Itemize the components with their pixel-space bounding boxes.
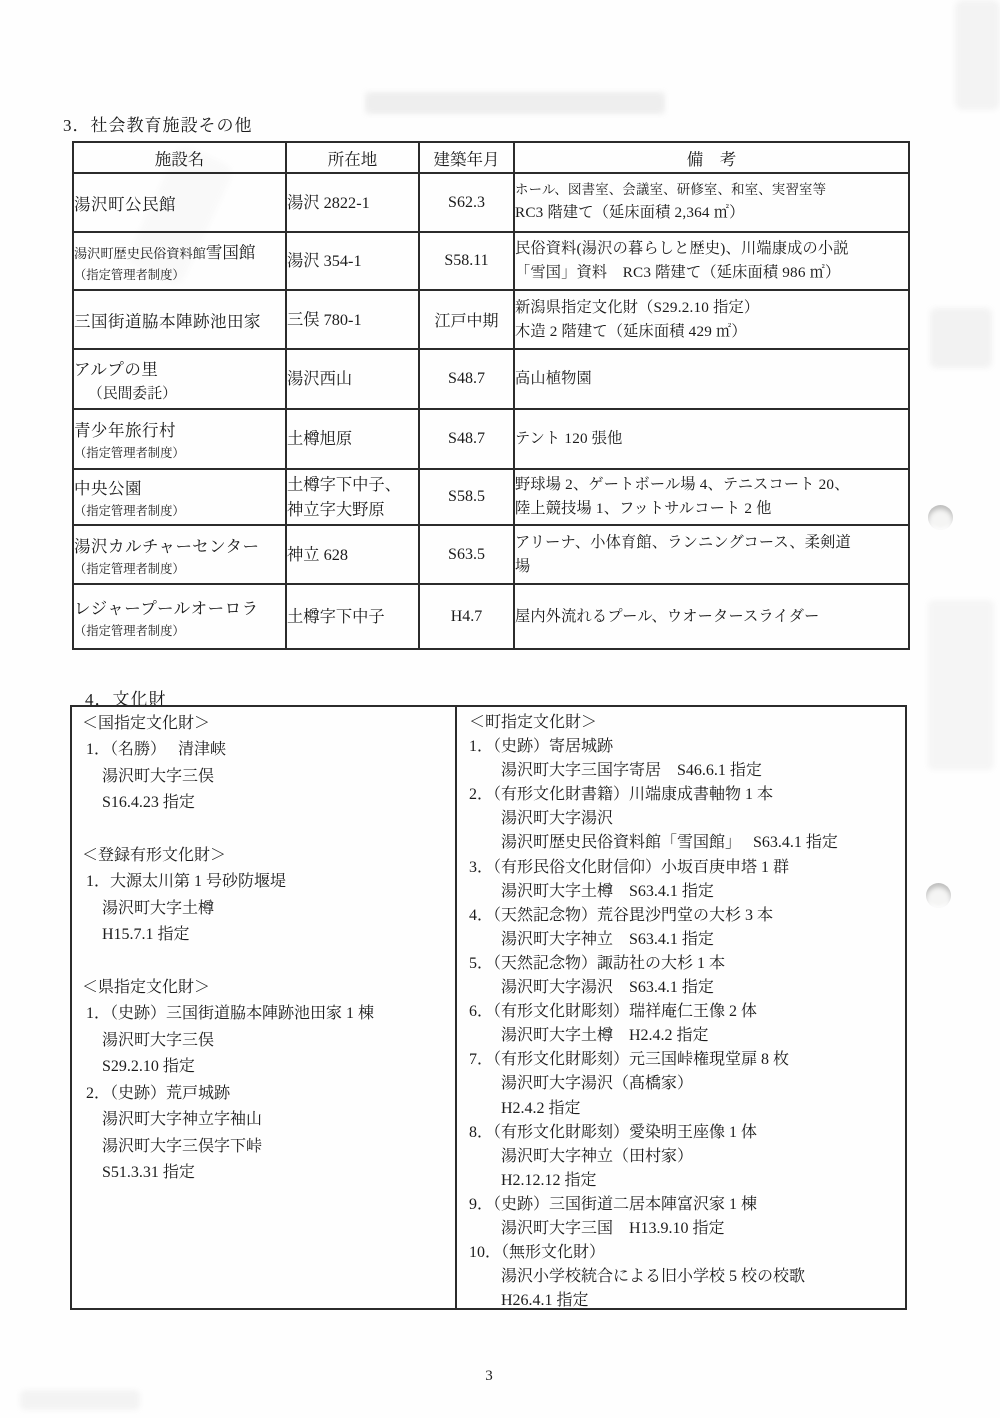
remark-line: 野球場 2、ゲートボール場 4、テニスコート 20、: [515, 473, 908, 497]
remark-line: RC3 階建て（延床面積 2,364 ㎡）: [515, 201, 908, 225]
remarks-cell: 屋内外流れるプール、ウオータースライダー: [514, 584, 909, 649]
location-cell: 三俣 780-1: [286, 290, 419, 349]
scan-smudge: [365, 92, 665, 114]
remark-line: テント 120 張他: [515, 427, 908, 451]
scan-smudge: [928, 600, 994, 770]
facility-name-cell: 湯沢町公民館: [73, 173, 286, 232]
remarks-cell: アリーナ、小体育館、ランニングコース、柔剣道 場: [514, 525, 909, 584]
table-row: 湯沢町公民館 湯沢 2822-1 S62.3 ホール、図書室、会議室、研修室、和…: [73, 173, 909, 232]
hole-punch-mark: [928, 505, 953, 530]
facilities-table: 施設名 所在地 建築年月 備 考 湯沢町公民館 湯沢 2822-1 S62.3 …: [72, 141, 910, 650]
table-row: 三国街道脇本陣跡池田家 三俣 780-1 江戸中期 新潟県指定文化財（S29.2…: [73, 290, 909, 349]
built-date-cell: S62.3: [419, 173, 514, 232]
table-row: 湯沢町歴史民俗資料館雪国館 （指定管理者制度） 湯沢 354-1 S58.11 …: [73, 232, 909, 290]
header-location: 所在地: [286, 142, 419, 173]
built-date-cell: 江戸中期: [419, 290, 514, 349]
facility-name: 青少年旅行村: [74, 421, 176, 440]
cultural-properties-national-column: ＜国指定文化財＞ 1．（名勝） 清津峡 湯沢町大字三俣 S16.4.23 指定 …: [72, 707, 457, 1308]
built-date-cell: S48.7: [419, 349, 514, 409]
facility-management-note: （指定管理者制度）: [74, 265, 285, 283]
remark-line: 木造 2 階建て（延床面積 429 ㎡）: [515, 320, 908, 344]
facility-name-cell: 青少年旅行村 （指定管理者制度）: [73, 409, 286, 469]
facility-name: 三国街道脇本陣跡池田家: [74, 312, 261, 331]
scanned-document-page: 3．社会教育施設その他 施設名 所在地 建築年月 備 考 湯沢町公民館 湯沢 2…: [0, 0, 1000, 1418]
scan-smudge: [20, 1390, 140, 1410]
built-date-cell: H4.7: [419, 584, 514, 649]
remark-line: 陸上競技場 1、フットサルコート 2 他: [515, 497, 908, 521]
table-row: アルプの里 （民間委託） 湯沢西山 S48.7 高山植物園: [73, 349, 909, 409]
section3-title: 3．社会教育施設その他: [63, 111, 253, 136]
location-cell: 土樽字下中子: [286, 584, 419, 649]
facility-name: 湯沢町公民館: [74, 195, 176, 214]
header-built-date: 建築年月: [419, 142, 514, 173]
facility-name-cell: アルプの里 （民間委託）: [73, 349, 286, 409]
scan-smudge: [930, 308, 992, 368]
facility-name-cell: レジャープールオーロラ （指定管理者制度）: [73, 584, 286, 649]
facility-management-note: （指定管理者制度）: [74, 501, 285, 519]
facility-name-cell: 中央公園 （指定管理者制度）: [73, 469, 286, 525]
cultural-properties-box: ＜国指定文化財＞ 1．（名勝） 清津峡 湯沢町大字三俣 S16.4.23 指定 …: [70, 705, 907, 1310]
header-remarks: 備 考: [514, 142, 909, 173]
facility-management-note: （指定管理者制度）: [74, 621, 285, 639]
facility-name: アルプの里: [74, 360, 158, 379]
hole-punch-mark: [926, 883, 951, 908]
remarks-cell: 民俗資料(湯沢の暮らしと歴史)、川端康成の小説 「雪国」資料 RC3 階建て（延…: [514, 232, 909, 290]
table-row: 湯沢カルチャーセンター （指定管理者制度） 神立 628 S63.5 アリーナ、…: [73, 525, 909, 584]
table-row: 青少年旅行村 （指定管理者制度） 土樽旭原 S48.7 テント 120 張他: [73, 409, 909, 469]
table-header-row: 施設名 所在地 建築年月 備 考: [73, 142, 909, 173]
facility-management-note: （指定管理者制度）: [74, 559, 285, 577]
remarks-cell: 野球場 2、ゲートボール場 4、テニスコート 20、 陸上競技場 1、フットサル…: [514, 469, 909, 525]
facility-management-note: （指定管理者制度）: [74, 443, 285, 461]
remark-line: 新潟県指定文化財（S29.2.10 指定）: [515, 296, 908, 320]
location-cell: 土樽字下中子、 神立字大野原: [286, 469, 419, 525]
location-cell: 湯沢 354-1: [286, 232, 419, 290]
remarks-cell: 新潟県指定文化財（S29.2.10 指定） 木造 2 階建て（延床面積 429 …: [514, 290, 909, 349]
remarks-cell: テント 120 張他: [514, 409, 909, 469]
facility-name: レジャープールオーロラ: [74, 599, 259, 618]
facility-name: 湯沢カルチャーセンター: [74, 537, 260, 556]
facility-management-note: （民間委託）: [74, 382, 285, 403]
built-date-cell: S58.11: [419, 232, 514, 290]
facility-name-cell: 湯沢町歴史民俗資料館雪国館 （指定管理者制度）: [73, 232, 286, 290]
facility-name-suffix: 雪国館: [206, 243, 256, 262]
remarks-cell: 高山植物園: [514, 349, 909, 409]
built-date-cell: S48.7: [419, 409, 514, 469]
remark-line: 高山植物園: [515, 367, 908, 391]
cultural-properties-town-column: ＜町指定文化財＞ 1．（史跡）寄居城跡 湯沢町大字三国字寄居 S46.6.1 指…: [457, 707, 905, 1308]
location-cell: 湯沢西山: [286, 349, 419, 409]
page-number: 3: [0, 1368, 978, 1385]
facility-name: 湯沢町歴史民俗資料館: [74, 246, 206, 261]
location-cell: 神立 628: [286, 525, 419, 584]
remark-line: 「雪国」資料 RC3 階建て（延床面積 986 ㎡）: [515, 261, 908, 285]
remark-line: 民俗資料(湯沢の暮らしと歴史)、川端康成の小説: [515, 237, 908, 261]
remark-line: 屋内外流れるプール、ウオータースライダー: [515, 605, 908, 629]
scan-smudge: [955, 0, 1000, 110]
remark-line: ホール、図書室、会議室、研修室、和室、実習室等: [515, 180, 908, 201]
header-facility-name: 施設名: [73, 142, 286, 173]
facility-name-cell: 湯沢カルチャーセンター （指定管理者制度）: [73, 525, 286, 584]
built-date-cell: S63.5: [419, 525, 514, 584]
location-cell: 湯沢 2822-1: [286, 173, 419, 232]
remarks-cell: ホール、図書室、会議室、研修室、和室、実習室等 RC3 階建て（延床面積 2,3…: [514, 173, 909, 232]
remark-line: アリーナ、小体育館、ランニングコース、柔剣道: [515, 531, 908, 555]
facility-name: 中央公園: [74, 479, 142, 498]
facility-name-cell: 三国街道脇本陣跡池田家: [73, 290, 286, 349]
location-cell: 土樽旭原: [286, 409, 419, 469]
remark-line: 場: [515, 555, 908, 579]
table-row: レジャープールオーロラ （指定管理者制度） 土樽字下中子 H4.7 屋内外流れる…: [73, 584, 909, 649]
table-row: 中央公園 （指定管理者制度） 土樽字下中子、 神立字大野原 S58.5 野球場 …: [73, 469, 909, 525]
built-date-cell: S58.5: [419, 469, 514, 525]
